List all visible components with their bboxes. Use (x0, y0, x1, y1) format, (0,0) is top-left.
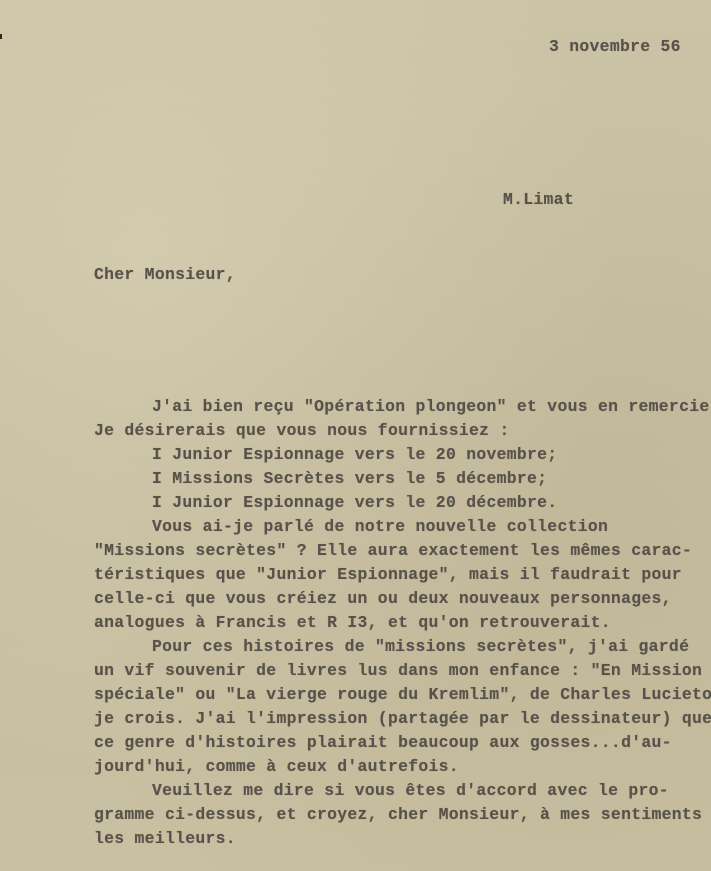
body-line: celle-ci que vous créiez un ou deux nouv… (94, 589, 672, 609)
letter-recipient: M.Limat (503, 190, 574, 210)
body-line: Pour ces histoires de "missions secrètes… (152, 637, 689, 657)
body-line: spéciale" ou "La vierge rouge du Kremlim… (94, 685, 711, 705)
body-line: gramme ci-dessus, et croyez, cher Monsie… (94, 805, 702, 825)
body-line: un vif souvenir de livres lus dans mon e… (94, 661, 702, 681)
body-line: I Missions Secrètes vers le 5 décembre; (152, 469, 547, 489)
body-line: Je désirerais que vous nous fournissiez … (94, 421, 510, 441)
letter-page: 3 novembre 56 M.Limat Cher Monsieur, J'a… (0, 0, 711, 871)
body-line: Vous ai-je parlé de notre nouvelle colle… (152, 517, 608, 537)
letter-date: 3 novembre 56 (549, 37, 681, 57)
edge-mark (0, 34, 2, 39)
body-line: analogues à Francis et R I3, et qu'on re… (94, 613, 611, 633)
body-line: J'ai bien reçu "Opération plongeon" et v… (152, 397, 711, 417)
body-line: "Missions secrètes" ? Elle aura exacteme… (94, 541, 692, 561)
body-line: les meilleurs. (94, 829, 236, 849)
body-line: ce genre d'histoires plairait beaucoup a… (94, 733, 672, 753)
body-line: Veuillez me dire si vous êtes d'accord a… (152, 781, 669, 801)
letter-salutation: Cher Monsieur, (94, 265, 236, 285)
body-line: téristiques que "Junior Espionnage", mai… (94, 565, 682, 585)
body-line: jourd'hui, comme à ceux d'autrefois. (94, 757, 459, 777)
body-line: I Junior Espionnage vers le 20 novembre; (152, 445, 557, 465)
body-line: I Junior Espionnage vers le 20 décembre. (152, 493, 557, 513)
body-line: je crois. J'ai l'impression (partagée pa… (94, 709, 711, 729)
